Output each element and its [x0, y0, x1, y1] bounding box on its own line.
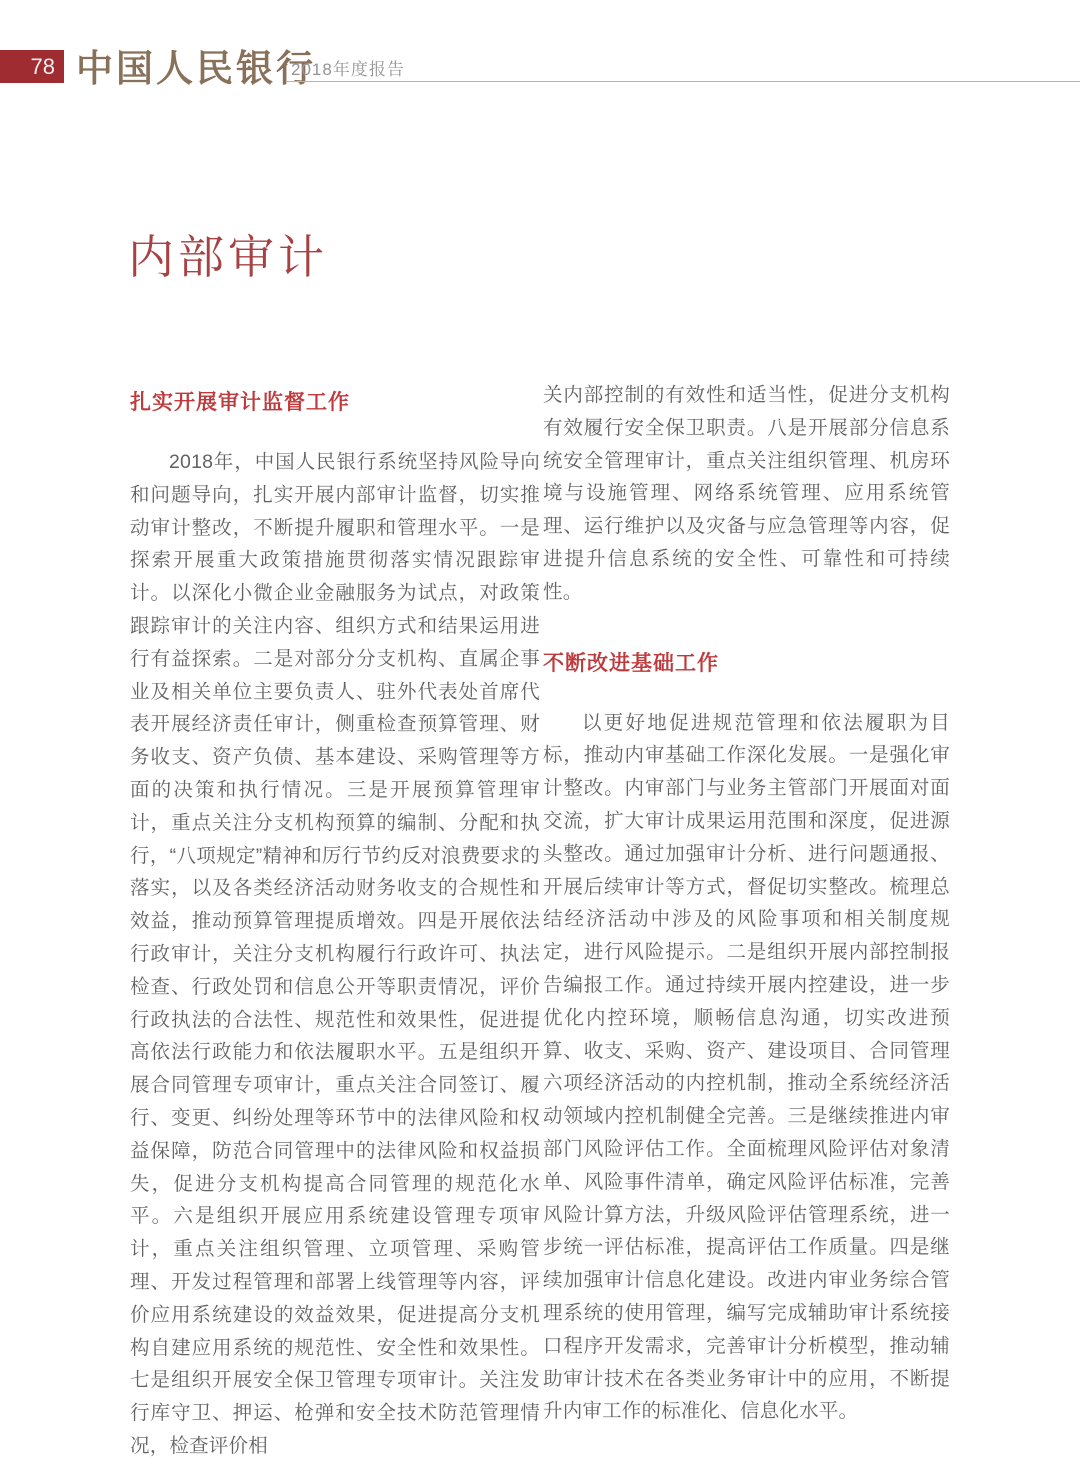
- header-rule: [287, 81, 1080, 82]
- right-column: 关内部控制的有效性和适当性，促进分支机构有效履行安全保卫职责。八是开展部分信息系…: [543, 379, 950, 1428]
- page-title: 内部审计: [128, 221, 328, 287]
- report-page: 78 中国人民银行 2018年度报告 内部审计 扎实开展审计监督工作 2018年…: [0, 0, 1080, 1468]
- section-heading-basic-work: 不断改进基础工作: [543, 647, 950, 677]
- paragraph-audit-supervision-continuation: 关内部控制的有效性和适当性，促进分支机构有效履行安全保卫职责。八是开展部分信息系…: [543, 379, 950, 609]
- paragraph-audit-supervision-left: 2018年，中国人民银行系统坚持风险导向和问题导向，扎实开展内部审计监督，切实推…: [130, 446, 540, 1463]
- report-year-label: 2018年度报告: [291, 55, 405, 80]
- left-column: 扎实开展审计监督工作 2018年，中国人民银行系统坚持风险导向和问题导向，扎实开…: [130, 386, 540, 1463]
- bank-logo-calligraphy: 中国人民银行: [76, 38, 316, 92]
- paragraph-basic-work: 以更好地促进规范管理和依法履职为目标，推动内审基础工作深化发展。一是强化审计整改…: [543, 707, 950, 1429]
- page-number-badge: 78: [0, 50, 64, 83]
- section-heading-audit-supervision: 扎实开展审计监督工作: [130, 386, 540, 416]
